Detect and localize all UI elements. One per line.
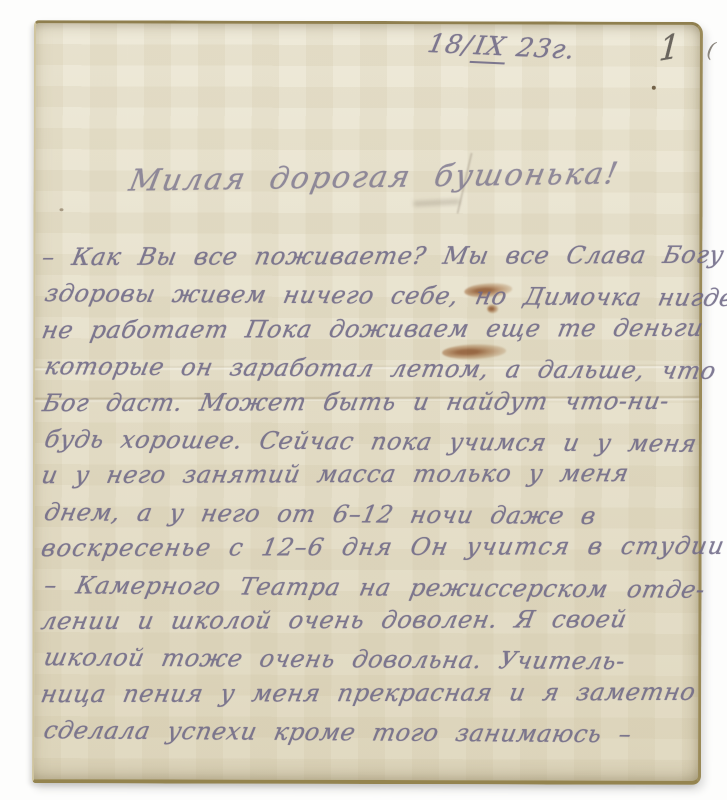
body-line: и у него занятий масса только у меня bbox=[38, 455, 699, 494]
letter-paper: 1 18/IX 23г. Милая дорогая бушонька! – К… bbox=[32, 20, 703, 785]
pencil-margin-mark: ( bbox=[705, 37, 717, 62]
body-line: лении и школой очень доволен. Я своей bbox=[38, 601, 699, 640]
scanned-letter-photo: 1 18/IX 23г. Милая дорогая бушонька! – К… bbox=[0, 0, 727, 800]
date-month: IX bbox=[469, 31, 510, 64]
body-line: сделала успехи кроме того занимаюсь – bbox=[40, 712, 697, 753]
body-line: ница пения у меня прекрасная и я заметно bbox=[38, 674, 699, 713]
body-line: Бог даст. Может быть и найдут что-ни- bbox=[40, 383, 700, 422]
date-day: 18/ bbox=[425, 29, 476, 61]
paper-speck bbox=[59, 208, 63, 211]
body-line: не работает Пока доживаем еще те деньги bbox=[39, 310, 700, 349]
paper-speck bbox=[652, 86, 656, 90]
letter-body: – Как Вы все поживаете? Мы все Слава Бог… bbox=[41, 239, 695, 750]
body-line: – Как Вы все поживаете? Мы все Слава Бог… bbox=[39, 237, 700, 276]
page-number: 1 bbox=[658, 29, 681, 67]
body-line: воскресенье с 12–6 дня Он учится в студи… bbox=[38, 528, 699, 567]
salutation: Милая дорогая бушонька! bbox=[126, 156, 622, 198]
letter-date: 18/IX 23г. bbox=[425, 29, 578, 66]
date-year: 23г. bbox=[514, 33, 579, 65]
bleedthrough-smudge bbox=[413, 199, 459, 206]
